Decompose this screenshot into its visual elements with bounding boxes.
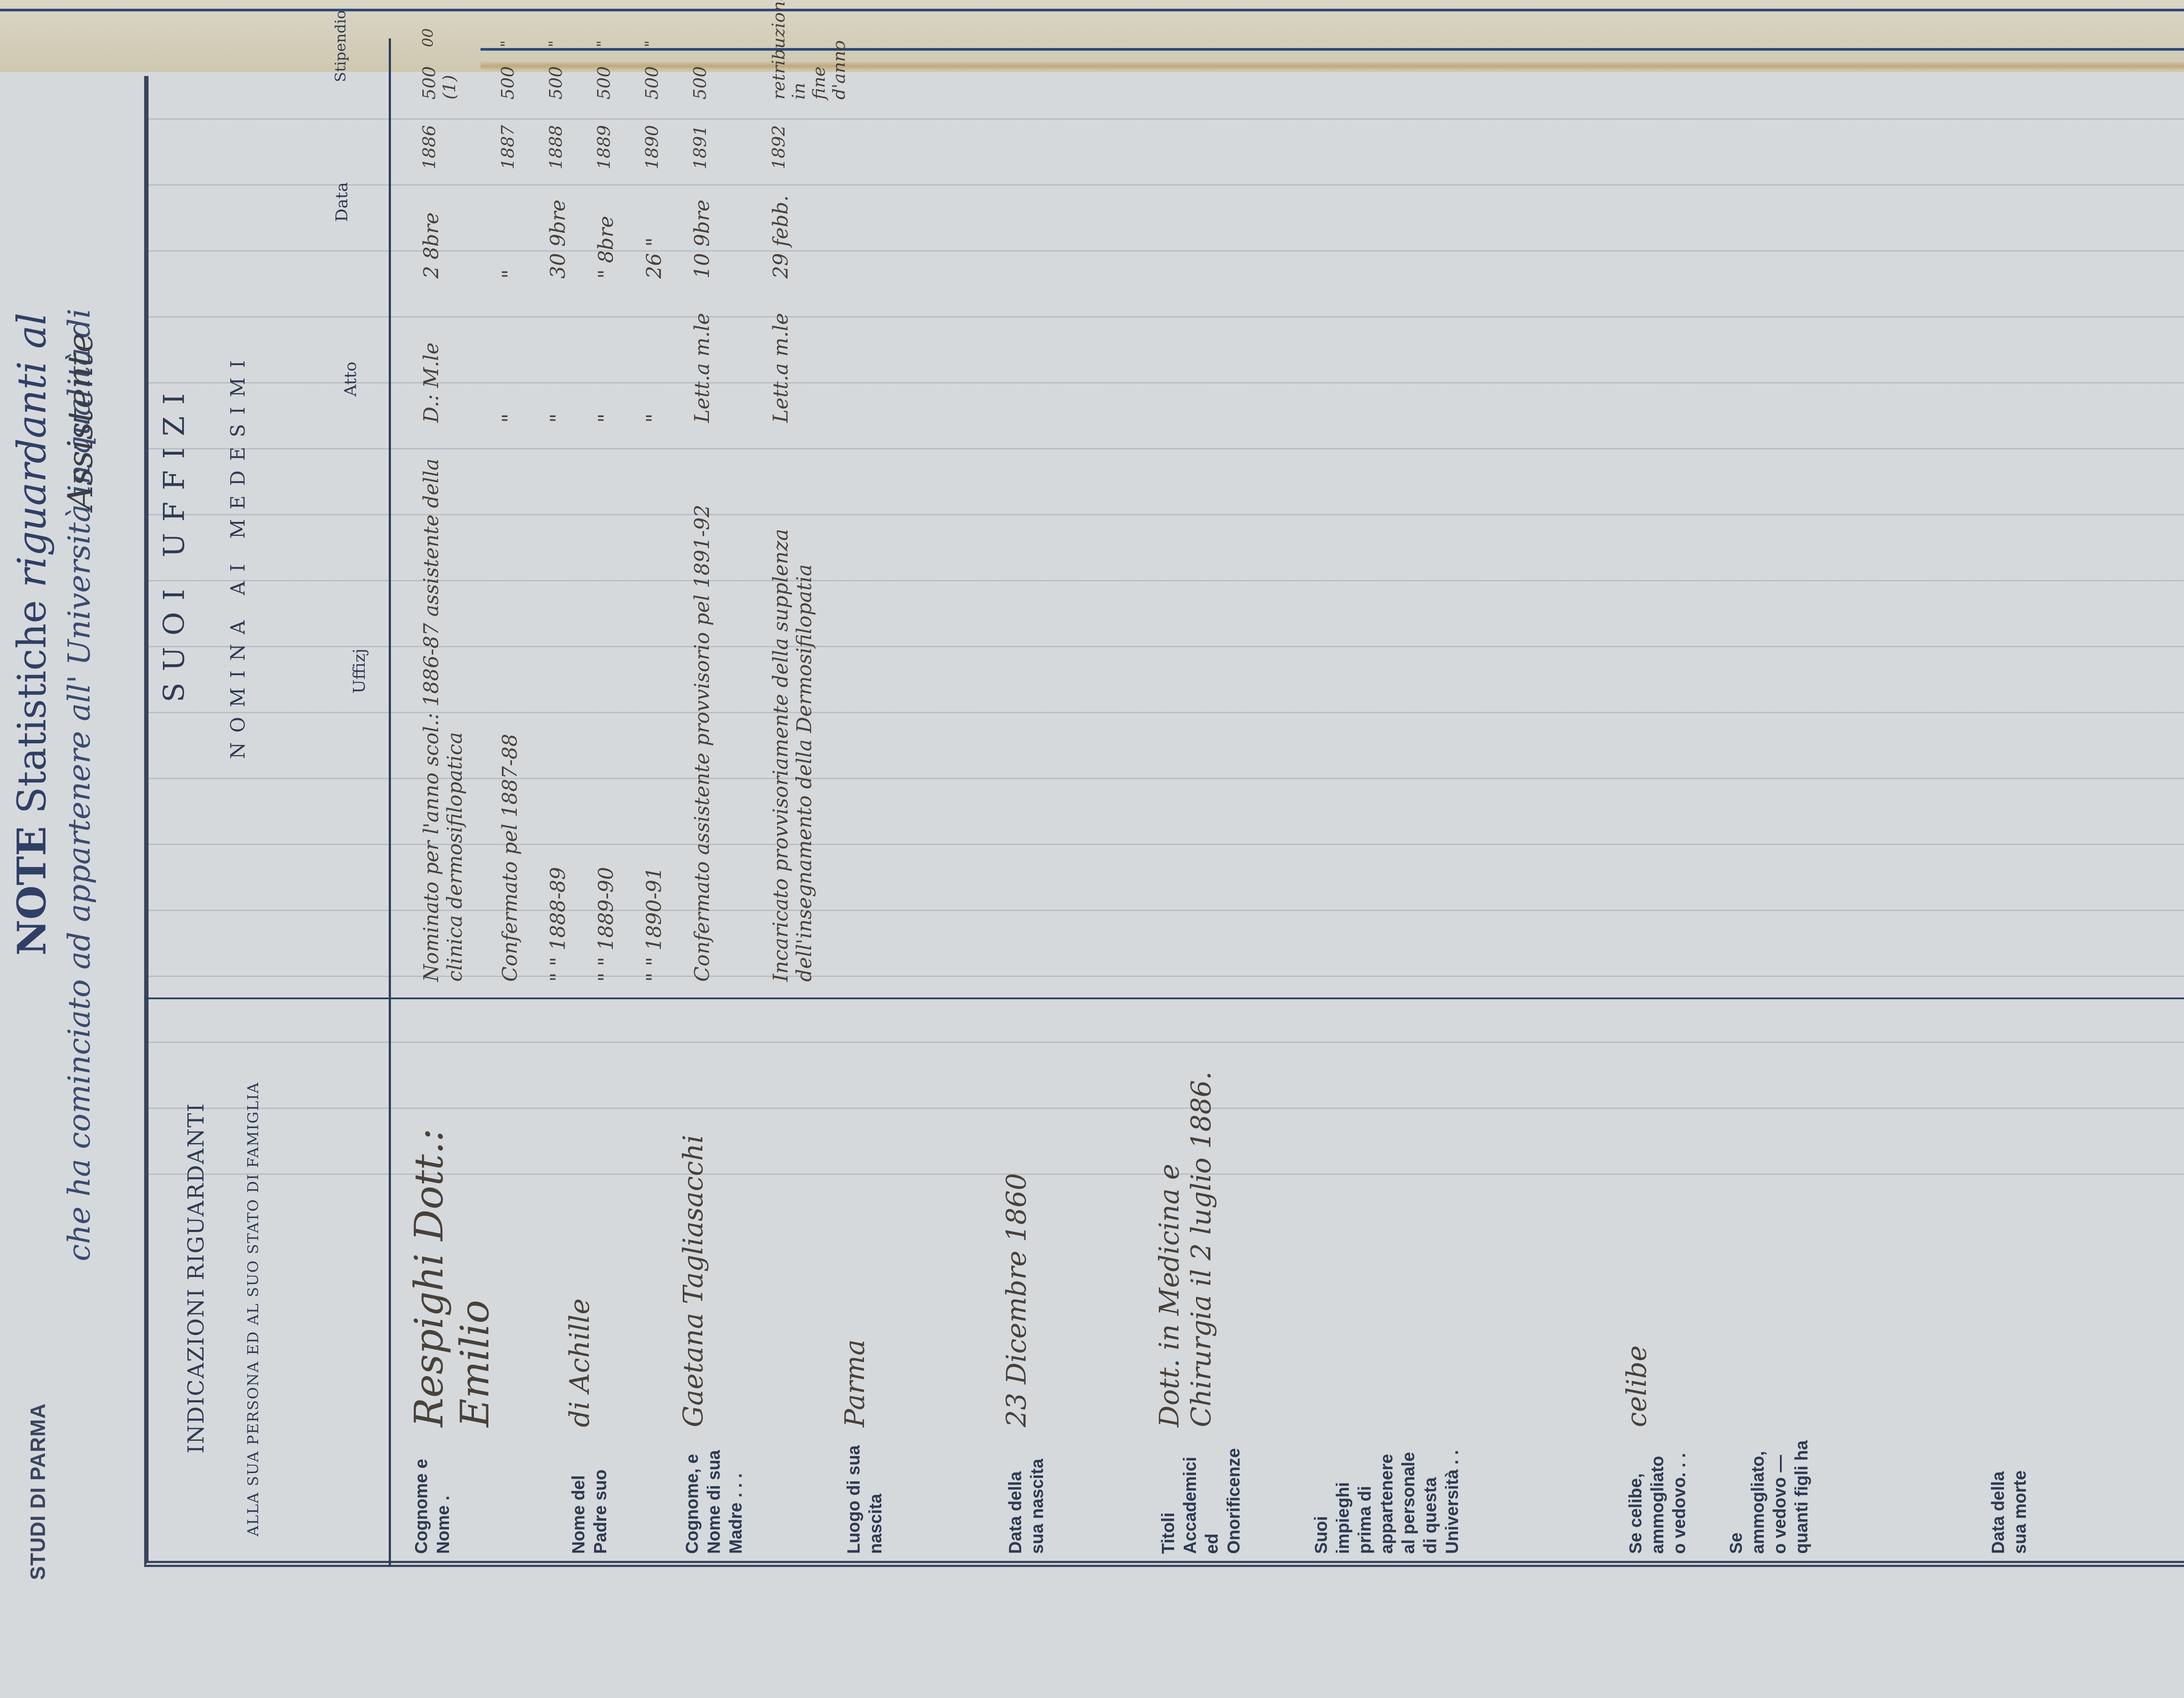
- facing-page-edge: [0, 0, 2184, 74]
- cell-uffizi: Confermato assistente provvisorio pel 18…: [690, 436, 714, 982]
- cell-cent: 00: [419, 21, 437, 47]
- section-divider: [144, 997, 2184, 999]
- cell-atto: ": [498, 292, 522, 423]
- cell-anno: 1891: [690, 104, 710, 169]
- cell-lire: 500: [546, 47, 566, 100]
- field-label: Nome del Padre suo: [568, 1440, 612, 1554]
- cell-uffizi: Nominato per l'anno scol.: 1886-87 assis…: [419, 436, 467, 982]
- field-value: Parma: [839, 1034, 871, 1427]
- col-data: Data: [332, 182, 351, 222]
- field-label: Suoi impieghi prima di appartenere al pe…: [1310, 1440, 1463, 1554]
- cell-uffizi: " " 1890-91: [642, 436, 666, 982]
- field-value: Gaetana Tagliasacchi: [677, 1034, 709, 1427]
- cell-lire: 500: [498, 47, 518, 100]
- field-value: celibe: [1621, 1034, 1652, 1427]
- cell-lire: retribuzione in fine d'anno: [769, 47, 849, 100]
- cell-uffizi: Incaricato provvisoriamente della supple…: [769, 436, 816, 982]
- cell-cent: ": [498, 21, 515, 47]
- cell-data: 30 9bre: [546, 174, 570, 279]
- header-rule-right: [389, 38, 391, 999]
- field-value: Dott. in Medicina e Chirurgia il 2 lugli…: [1153, 1034, 1217, 1427]
- field-label: Data della sua nascita: [1005, 1440, 1048, 1554]
- field-value: Respighi Dott.: Emilio: [406, 1034, 498, 1427]
- cell-lire: 500: [594, 47, 614, 100]
- cell-atto: ": [642, 292, 666, 423]
- cell-anno: 1888: [546, 104, 566, 169]
- field-label: Titoli Accademici ed Onorificenze: [1158, 1440, 1245, 1554]
- field-value: di Achille: [563, 1034, 595, 1427]
- cell-atto: ": [546, 292, 570, 423]
- cell-cent: ": [546, 21, 563, 47]
- cell-cent: ": [642, 21, 660, 47]
- cell-data: 26 ": [642, 174, 666, 279]
- col-stipendio: Stipendio: [332, 10, 349, 82]
- section-title-uffizi: SUOI UFFIZI: [157, 382, 191, 702]
- cell-anno: 1886: [419, 104, 439, 169]
- cell-lire: 500 (1): [419, 47, 460, 100]
- cell-atto: D.: M.le: [419, 292, 443, 423]
- page-title: NOTE Statistiche riguardanti al: [9, 313, 55, 956]
- university-header: STUDI DI PARMA: [26, 1403, 50, 1580]
- cell-data: 10 9bre: [690, 174, 714, 279]
- field-label: Se ammogliato, o vedovo — quanti figli h…: [1725, 1440, 1813, 1554]
- cell-data: 2 8bre: [419, 174, 443, 279]
- header-rule: [389, 999, 391, 1567]
- col-atto: Atto: [341, 362, 360, 397]
- cell-data: " 8bre: [594, 174, 618, 279]
- section-subtitle: ALLA SUA PERSONA ED AL SUO STATO DI FAMI…: [245, 1082, 262, 1536]
- group-title-nomina: NOMINA AI MEDESIMI: [227, 351, 249, 759]
- cell-anno: 1890: [642, 104, 662, 169]
- cell-atto: Lett.a m.le: [769, 292, 792, 423]
- field-label: Cognome, e Nome di sua Madre . . .: [681, 1440, 747, 1554]
- cell-cent: ": [594, 21, 612, 47]
- field-label: Cognome e Nome .: [411, 1440, 454, 1554]
- cell-anno: 1892: [769, 104, 789, 169]
- facing-page-rule: [0, 9, 2184, 11]
- cell-lire: 500: [642, 47, 662, 100]
- field-value: 23 Dicembre 1860: [1000, 1034, 1032, 1427]
- cell-data: ": [498, 174, 522, 279]
- cell-uffizi: " " 1888-89: [546, 436, 570, 982]
- page-stain: [480, 61, 2184, 71]
- col-uffizj: Uffizj: [349, 649, 369, 694]
- field-label: Data della sua morte: [1987, 1440, 2031, 1554]
- cell-anno: 1887: [498, 104, 518, 169]
- cell-lire: 500: [690, 47, 710, 100]
- cell-uffizi: " " 1889-90: [594, 436, 618, 982]
- register-page: STUDI DI PARMA NOTE Statistiche riguarda…: [0, 72, 2184, 1698]
- section-title-indicazioni: INDICAZIONI RIGUARDANTI: [183, 1103, 209, 1453]
- field-label: Se celibe, ammogliato o vedovo. . .: [1625, 1440, 1690, 1554]
- field-label: Luogo di sua nascita: [843, 1440, 887, 1554]
- cell-data: 29 febb.: [769, 174, 792, 279]
- role-filled: Assistente: [61, 332, 100, 510]
- cell-anno: 1889: [594, 104, 614, 169]
- cell-atto: ": [594, 292, 618, 423]
- cell-atto: Lett.a m.le: [690, 292, 714, 423]
- facing-page-rule: [480, 48, 2184, 51]
- cell-uffizi: Confermato pel 1887-88: [498, 436, 522, 982]
